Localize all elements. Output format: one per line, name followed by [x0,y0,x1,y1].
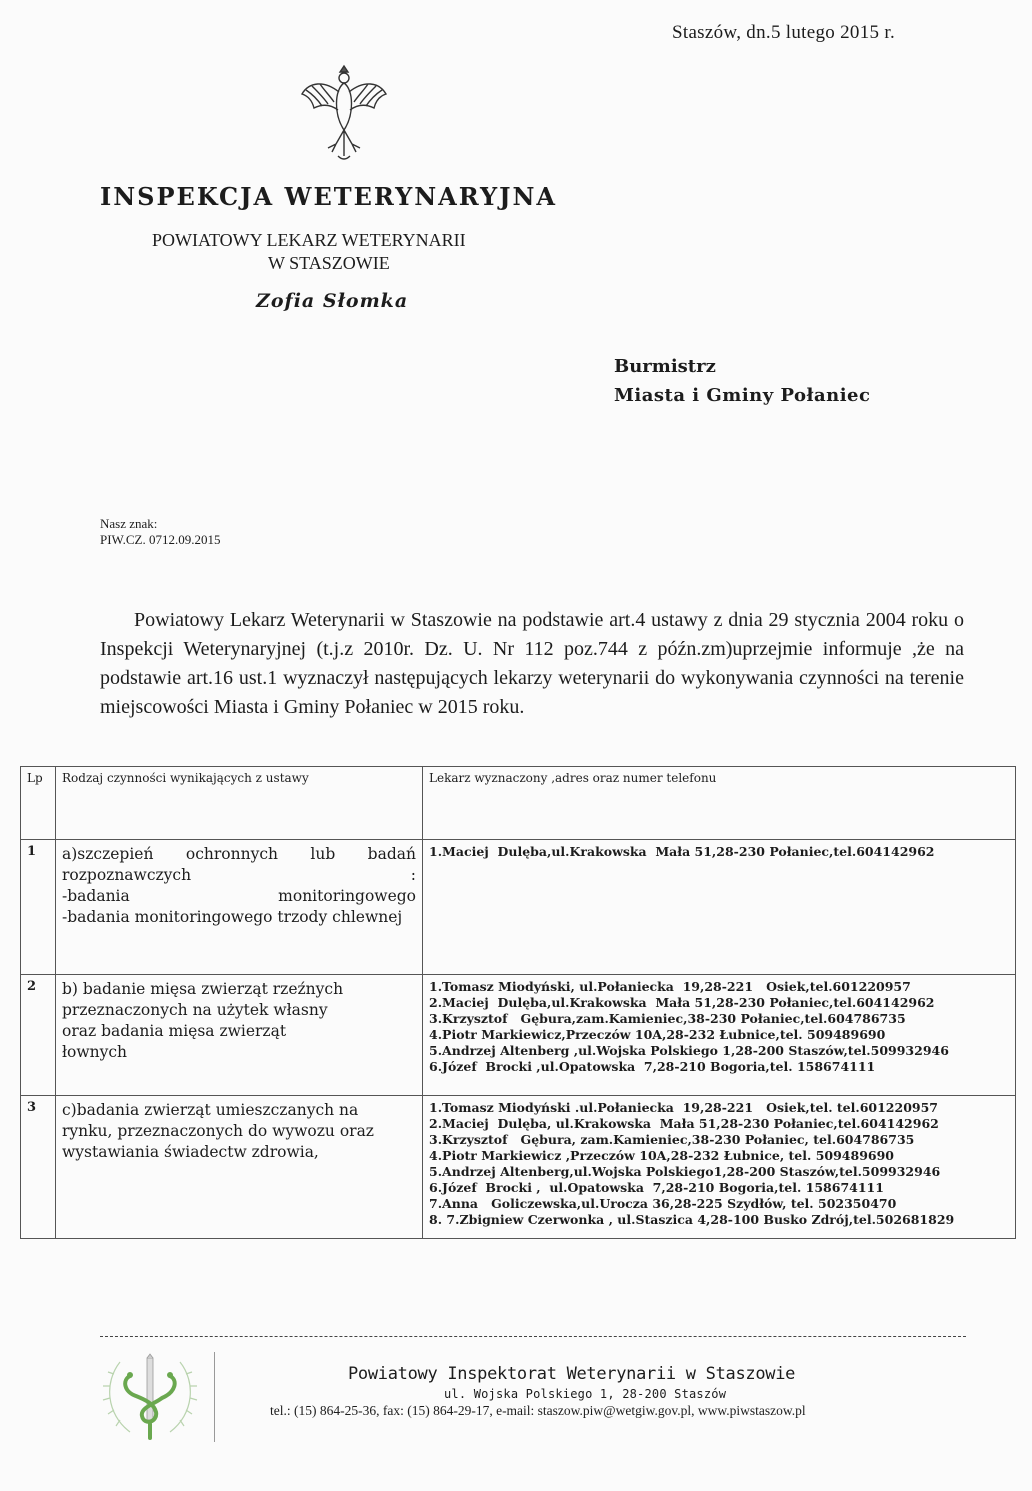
reference-number: PIW.CZ. 0712.09.2015 [100,532,221,548]
doctor-entry: 4.Piotr Markiewicz,Przeczów 10A,28-232 Ł… [429,1027,1009,1043]
activity-text: a)szczepień ochronnych lub badań rozpozn… [62,844,416,928]
doctor-list: 1.Tomasz Miodyński .ul.Połaniecka 19,28-… [429,1100,1009,1228]
position-title: POWIATOWY LEKARZ WETERYNARII [152,230,466,251]
header-activity: Rodzaj czynności wynikających z ustawy [56,767,423,840]
doctor-entry: 8. 7.Zbigniew Czerwonka , ul.Staszica 4,… [429,1212,1009,1228]
activity-line: c)badania zwierząt umieszczanych na [62,1100,416,1121]
row-lp: 1 [21,840,56,975]
doctor-entry: 2.Maciej Dulęba, ul.Krakowska Mała 51,28… [429,1116,1009,1132]
document-date: Staszów, dn.5 lutego 2015 r. [672,22,895,44]
row-doctors: 1.Tomasz Miodyński .ul.Połaniecka 19,28-… [423,1096,1016,1239]
footer-address: ul. Wojska Polskiego 1, 28-200 Staszów [444,1387,726,1401]
footer-institution: Powiatowy Inspektorat Weterynarii w Stas… [348,1364,795,1384]
doctor-entry: 7.Anna Goliczewska,ul.Urocza 36,28-225 S… [429,1196,1009,1212]
doctor-entry: 1.Tomasz Miodyński, ul.Połaniecka 19,28-… [429,979,1009,995]
activity-line: -badania monitoringowego [62,886,416,907]
table-row: 3 c)badania zwierząt umieszczanych naryn… [21,1096,1016,1239]
activity-line: łownych [62,1042,416,1063]
header-lp: Lp [21,767,56,840]
organization-name: INSPEKCJA WETERYNARYJNA [100,182,557,211]
activity-line: przeznaczonych na użytek własny [62,1000,416,1021]
activity-text: c)badania zwierząt umieszczanych narynku… [62,1100,416,1163]
doctor-entry: 1.Tomasz Miodyński .ul.Połaniecka 19,28-… [429,1100,1009,1116]
assignments-table: Lp Rodzaj czynności wynikających z ustaw… [20,766,1016,1239]
table-row: 1 a)szczepień ochronnych lub badań rozpo… [21,840,1016,975]
footer-contact: tel.: (15) 864-25-36, fax: (15) 864-29-1… [270,1403,806,1419]
footer-separator [214,1352,215,1442]
row-activity: b) badanie mięsa zwierząt rzeźnych przez… [56,975,423,1096]
header-doctor: Lekarz wyznaczony ,adres oraz numer tele… [423,767,1016,840]
row-doctors: 1.Maciej Dulęba,ul.Krakowska Mała 51,28-… [423,840,1016,975]
row-activity: a)szczepień ochronnych lub badań rozpozn… [56,840,423,975]
doctor-entry: 2.Maciej Dulęba,ul.Krakowska Mała 51,28-… [429,995,1009,1011]
doctor-entry: 4.Piotr Markiewicz ,Przeczów 10A,28-232 … [429,1148,1009,1164]
activity-line: wystawiania świadectw zdrowia, [62,1142,416,1163]
position-location: W STASZOWIE [268,253,390,274]
activity-line: -badania monitoringowego trzody chlewnej [62,907,416,928]
doctor-list: 1.Tomasz Miodyński, ul.Połaniecka 19,28-… [429,979,1009,1075]
table-header-row: Lp Rodzaj czynności wynikających z ustaw… [21,767,1016,840]
doctor-entry: 6.Józef Brocki ,ul.Opatowska 7,28-210 Bo… [429,1059,1009,1075]
signatory-name: Zofia Słomka [256,290,408,312]
activity-line: oraz badania mięsa zwierząt [62,1021,416,1042]
table-row: 2 b) badanie mięsa zwierząt rzeźnych prz… [21,975,1016,1096]
doctor-entry: 3.Krzysztof Gębura,zam.Kamieniec,38-230 … [429,1011,1009,1027]
row-lp: 3 [21,1096,56,1239]
caduceus-wreath-logo-icon [100,1352,200,1440]
letter-body: Powiatowy Lekarz Weterynarii w Staszowie… [100,606,964,722]
activity-line: rynku, przeznaczonych do wywozu oraz [62,1121,416,1142]
addressee-title: Burmistrz [614,356,716,377]
polish-eagle-emblem-icon [294,60,394,166]
doctor-entry: 5.Andrzej Altenberg ,ul.Wojska Polskiego… [429,1043,1009,1059]
activity-line: a)szczepień ochronnych lub badań rozpozn… [62,844,416,886]
activity-text: b) badanie mięsa zwierząt rzeźnych przez… [62,979,416,1063]
row-doctors: 1.Tomasz Miodyński, ul.Połaniecka 19,28-… [423,975,1016,1096]
doctor-entry: 3.Krzysztof Gębura, zam.Kamieniec,38-230… [429,1132,1009,1148]
doctor-entry: 5.Andrzej Altenberg,ul.Wojska Polskiego1… [429,1164,1009,1180]
activity-line: b) badanie mięsa zwierząt rzeźnych [62,979,416,1000]
row-activity: c)badania zwierząt umieszczanych narynku… [56,1096,423,1239]
doctor-entry: 1.Maciej Dulęba,ul.Krakowska Mała 51,28-… [429,844,1009,860]
doctor-entry: 6.Józef Brocki , ul.Opatowska 7,28-210 B… [429,1180,1009,1196]
reference-label: Nasz znak: [100,516,157,532]
doctor-list: 1.Maciej Dulęba,ul.Krakowska Mała 51,28-… [429,844,1009,860]
row-lp: 2 [21,975,56,1096]
footer-divider [100,1336,966,1337]
addressee-office: Miasta i Gminy Połaniec [614,385,870,406]
